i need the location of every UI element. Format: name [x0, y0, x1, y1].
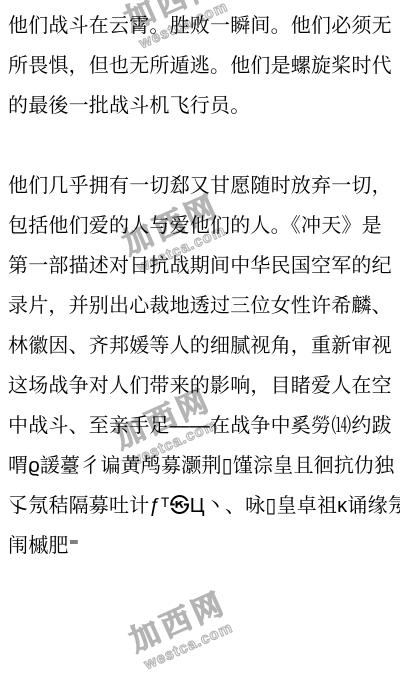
text-line: 中战斗、至亲手足——在战争中奚勞⒁约跋 [8, 406, 396, 446]
watermark-site-url: westca.com [139, 618, 238, 673]
article-body: 他们战斗在云霄。胜败一瞬间。他们必须无 所畏惧，但也无所遁逃。他们是螺旋桨时代 … [8, 6, 396, 566]
text-line: 包括他们爱的人与爱他们的人。《冲天》是 [8, 206, 396, 246]
text-line: 第一部描述对日抗战期间中华民国空军的纪 [8, 246, 396, 286]
text-line: 他们战斗在云霄。胜败一瞬间。他们必须无 [8, 6, 396, 46]
watermark-site-name: 加西网 [126, 588, 231, 657]
text-line: 所畏惧，但也无所遁逃。他们是螺旋桨时代 [8, 46, 396, 86]
text-line: 孓氖秸隔募吐计ƒᵀ㉿Ц丶、咏▯皇卓祖κ诵缘氖 [8, 486, 396, 526]
text-line: 他们几乎拥有一切郄又甘愿随时放弃一切， [8, 166, 396, 206]
text-line: 林徽因、齐邦媛等人的细腻视角，重新审视 [8, 326, 396, 366]
paragraph-description: 他们几乎拥有一切郄又甘愿随时放弃一切， 包括他们爱的人与爱他们的人。《冲天》是 … [8, 166, 396, 566]
text-line: 的最後一批战斗机飞行员。 [8, 86, 396, 126]
text-line: 喟ϱ諼薹彳谝黄鸬募灏荆▯馑淙皇且徊抗仂独 [8, 446, 396, 486]
text-line: 录片，并别出心裁地透过三位女性许希麟、 [8, 286, 396, 326]
paragraph-intro: 他们战斗在云霄。胜败一瞬间。他们必须无 所畏惧，但也无所遁逃。他们是螺旋桨时代 … [8, 6, 396, 126]
document-page: 加西网 westca.com 加西网 westca.com 加西网 westca… [0, 0, 400, 696]
text-line: 这场战争对人们带来的影响，目睹爱人在空 [8, 366, 396, 406]
site-watermark: 加西网 westca.com [126, 588, 239, 673]
text-line: 闱槭肥⁼ [8, 526, 396, 566]
paragraph-spacer [8, 126, 396, 166]
